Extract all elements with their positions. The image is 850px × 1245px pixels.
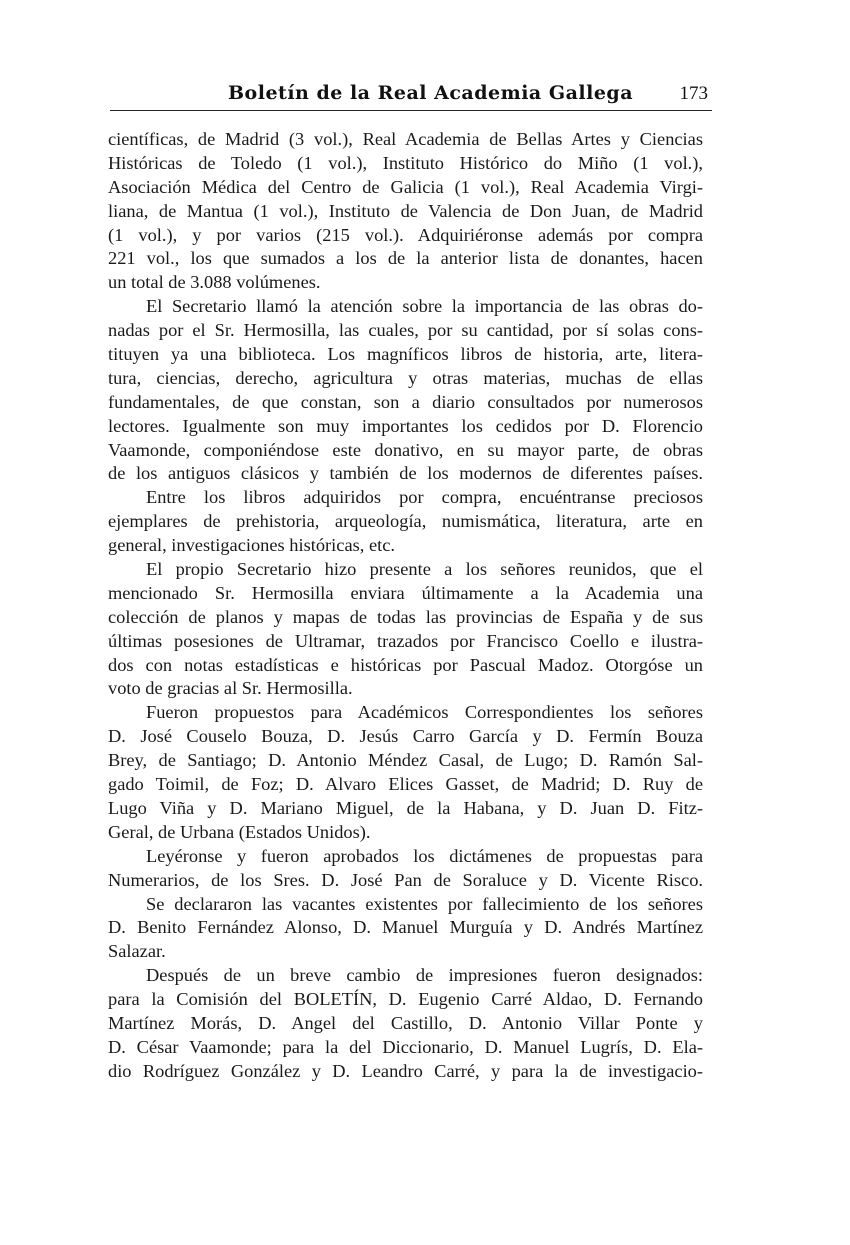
text-line: Lugo Viña y D. Mariano Miguel, de la Hab… <box>108 797 703 821</box>
text-line: un total de 3.088 volúmenes. <box>108 271 703 295</box>
paragraph: Leyéronse y fueron aprobados los dictáme… <box>108 845 703 893</box>
text-line: general, investigaciones históricas, etc… <box>108 534 703 558</box>
text-line: Históricas de Toledo (1 vol.), Instituto… <box>108 152 703 176</box>
text-line: fundamentales, de que constan, son a dia… <box>108 391 703 415</box>
page-number: 173 <box>680 83 709 105</box>
paragraph: científicas, de Madrid (3 vol.), Real Ac… <box>108 128 703 295</box>
text-line: de los antiguos clásicos y también de lo… <box>108 462 703 486</box>
text-line: D. José Couselo Bouza, D. Jesús Carro Ga… <box>108 725 703 749</box>
text-line: tituyen ya una biblioteca. Los magnífico… <box>108 343 703 367</box>
text-line: Numerarios, de los Sres. D. José Pan de … <box>108 869 703 893</box>
header-rule <box>110 110 712 111</box>
text-line: Entre los libros adquiridos por compra, … <box>108 486 703 510</box>
text-line: para la Comisión del BOLETÍN, D. Eugenio… <box>108 988 703 1012</box>
paragraph: Fueron propuestos para Académicos Corres… <box>108 701 703 844</box>
text-line: D. Benito Fernández Alonso, D. Manuel Mu… <box>108 916 703 940</box>
text-line: científicas, de Madrid (3 vol.), Real Ac… <box>108 128 703 152</box>
text-line: Vaamonde, componiéndose este donativo, e… <box>108 439 703 463</box>
text-line: Se declararon las vacantes existentes po… <box>108 893 703 917</box>
paragraph: El propio Secretario hizo presente a los… <box>108 558 703 701</box>
text-line: mencionado Sr. Hermosilla enviara última… <box>108 582 703 606</box>
body-text: científicas, de Madrid (3 vol.), Real Ac… <box>108 128 703 1084</box>
text-line: nadas por el Sr. Hermosilla, las cuales,… <box>108 319 703 343</box>
text-line: 221 vol., los que sumados a los de la an… <box>108 247 703 271</box>
text-line: El propio Secretario hizo presente a los… <box>108 558 703 582</box>
text-line: Después de un breve cambio de impresione… <box>108 964 703 988</box>
journal-title: Boletín de la Real Academia Gallega <box>228 82 633 104</box>
text-line: dio Rodríguez González y D. Leandro Carr… <box>108 1060 703 1084</box>
text-line: voto de gracias al Sr. Hermosilla. <box>108 677 703 701</box>
paragraph: Se declararon las vacantes existentes po… <box>108 893 703 965</box>
document-page: Boletín de la Real Academia Gallega 173 … <box>0 0 850 1245</box>
text-line: dos con notas estadísticas e históricas … <box>108 654 703 678</box>
text-line: gado Toimil, de Foz; D. Alvaro Elices Ga… <box>108 773 703 797</box>
running-header: Boletín de la Real Academia Gallega 173 <box>108 80 712 110</box>
text-line: D. César Vaamonde; para la del Diccionar… <box>108 1036 703 1060</box>
text-line: colección de planos y mapas de todas las… <box>108 606 703 630</box>
text-line: Brey, de Santiago; D. Antonio Méndez Cas… <box>108 749 703 773</box>
paragraph: Después de un breve cambio de impresione… <box>108 964 703 1083</box>
text-line: El Secretario llamó la atención sobre la… <box>108 295 703 319</box>
text-line: tura, ciencias, derecho, agricultura y o… <box>108 367 703 391</box>
text-line: Martínez Morás, D. Angel del Castillo, D… <box>108 1012 703 1036</box>
text-line: lectores. Igualmente son muy importantes… <box>108 415 703 439</box>
text-line: Leyéronse y fueron aprobados los dictáme… <box>108 845 703 869</box>
text-line: (1 vol.), y por varios (215 vol.). Adqui… <box>108 224 703 248</box>
paragraph: Entre los libros adquiridos por compra, … <box>108 486 703 558</box>
text-line: Geral, de Urbana (Estados Unidos). <box>108 821 703 845</box>
text-line: ejemplares de prehistoria, arqueología, … <box>108 510 703 534</box>
paragraph: El Secretario llamó la atención sobre la… <box>108 295 703 486</box>
text-line: Salazar. <box>108 940 703 964</box>
text-line: Fueron propuestos para Académicos Corres… <box>108 701 703 725</box>
text-line: liana, de Mantua (1 vol.), Instituto de … <box>108 200 703 224</box>
text-line: últimas posesiones de Ultramar, trazados… <box>108 630 703 654</box>
text-line: Asociación Médica del Centro de Galicia … <box>108 176 703 200</box>
